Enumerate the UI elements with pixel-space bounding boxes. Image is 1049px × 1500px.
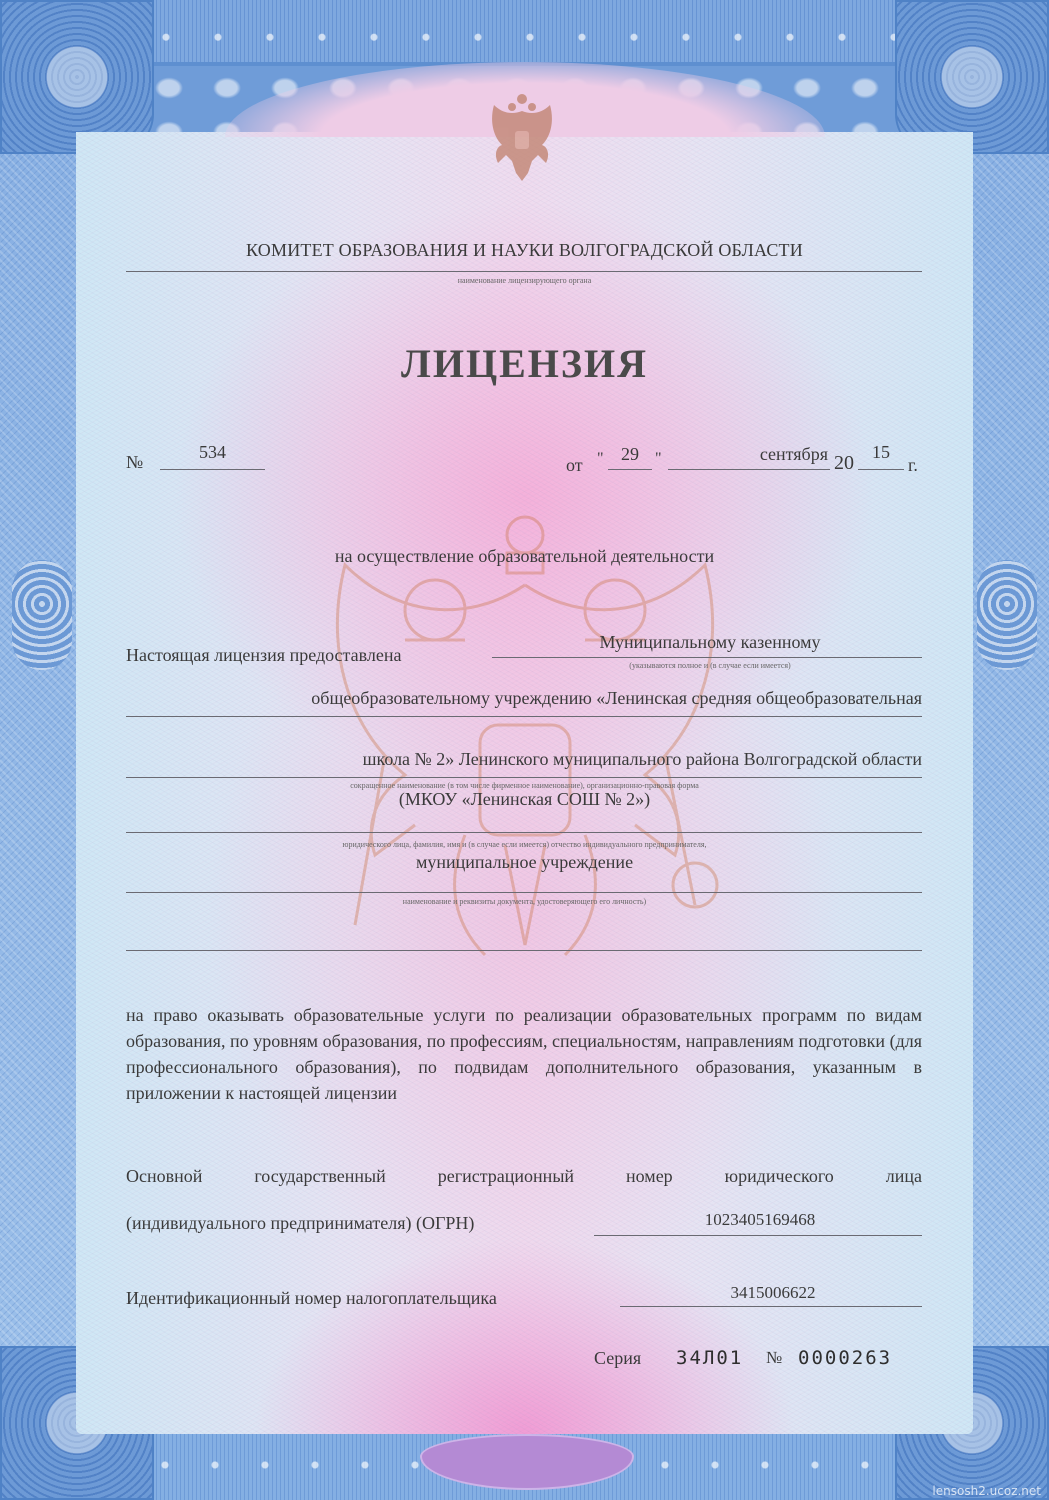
holder-hint-1: (указываются полное и (в случае если име…: [500, 661, 920, 670]
holder-underline-2: [126, 716, 922, 717]
border-ornament-top: [140, 0, 910, 66]
date-year-prefix: 20: [834, 452, 854, 475]
day-underline: [608, 469, 652, 470]
holder-legal-form: муниципальное учреждение: [0, 852, 1049, 873]
serial-number-value: 0000263: [798, 1347, 892, 1369]
holder-hint-4: наименование и реквизиты документа, удос…: [0, 897, 1049, 906]
rights-text: на право оказывать образовательные услуг…: [126, 1002, 922, 1106]
number-label: №: [126, 452, 143, 473]
granted-label: Настоящая лицензия предоставлена: [126, 645, 401, 666]
series-label: Серия: [594, 1348, 641, 1369]
corner-ornament-top-left: [0, 0, 154, 154]
holder-underline-4: [126, 832, 922, 833]
inn-underline: [620, 1306, 922, 1307]
holder-underline-5: [126, 892, 922, 893]
holder-underline-6: [126, 950, 922, 951]
date-month: сентября: [668, 444, 828, 465]
number-underline: [160, 469, 265, 470]
year-underline: [858, 469, 904, 470]
ogrn-value: 1023405169468: [598, 1210, 922, 1230]
russian-coat-of-arms-icon: [472, 85, 572, 185]
date-suffix: г.: [908, 455, 918, 476]
holder-underline-3: [126, 777, 922, 778]
inn-value: 3415006622: [624, 1283, 922, 1303]
licensing-authority: КОМИТЕТ ОБРАЗОВАНИЯ И НАУКИ ВОЛГОГРАДСКО…: [0, 240, 1049, 261]
month-underline: [668, 469, 830, 470]
license-purpose: на осуществление образовательной деятель…: [0, 546, 1049, 567]
authority-hint: наименование лицензирующего органа: [0, 276, 1049, 285]
holder-underline-1: [492, 657, 922, 658]
document-title: ЛИЦЕНЗИЯ: [0, 340, 1049, 387]
ogrn-label-1: Основной государственный регистрационный…: [126, 1166, 922, 1187]
ogrn-underline: [594, 1235, 922, 1236]
knot-ornament-left: [12, 560, 72, 670]
serial-number-label: №: [766, 1348, 782, 1368]
date-prefix: от: [566, 455, 583, 476]
license-number: 534: [160, 442, 265, 463]
ogrn-label-2: (индивидуального предпринимателя) (ОГРН): [126, 1213, 474, 1234]
holder-line-3: школа № 2» Ленинского муниципального рай…: [126, 749, 922, 770]
holder-line-2: общеобразовательному учреждению «Ленинск…: [126, 688, 922, 709]
holder-short-name: (МКОУ «Ленинская СОШ № 2»): [0, 789, 1049, 810]
knot-ornament-right: [977, 560, 1037, 670]
date-day: 29: [608, 444, 652, 465]
holder-line-1: Муниципальному казенному: [500, 632, 920, 653]
date-close-quote: ": [655, 450, 662, 468]
date-year-suffix: 15: [858, 442, 904, 463]
authority-underline: [126, 271, 922, 272]
series-value: 34Л01: [676, 1347, 743, 1369]
site-watermark: lensosh2.ucoz.net: [932, 1484, 1041, 1498]
date-open-quote: ": [597, 450, 604, 468]
holder-hint-3: юридического лица, фамилия, имя и (в слу…: [0, 840, 1049, 849]
inn-label: Идентификационный номер налогоплательщик…: [126, 1288, 497, 1309]
corner-ornament-top-right: [895, 0, 1049, 154]
